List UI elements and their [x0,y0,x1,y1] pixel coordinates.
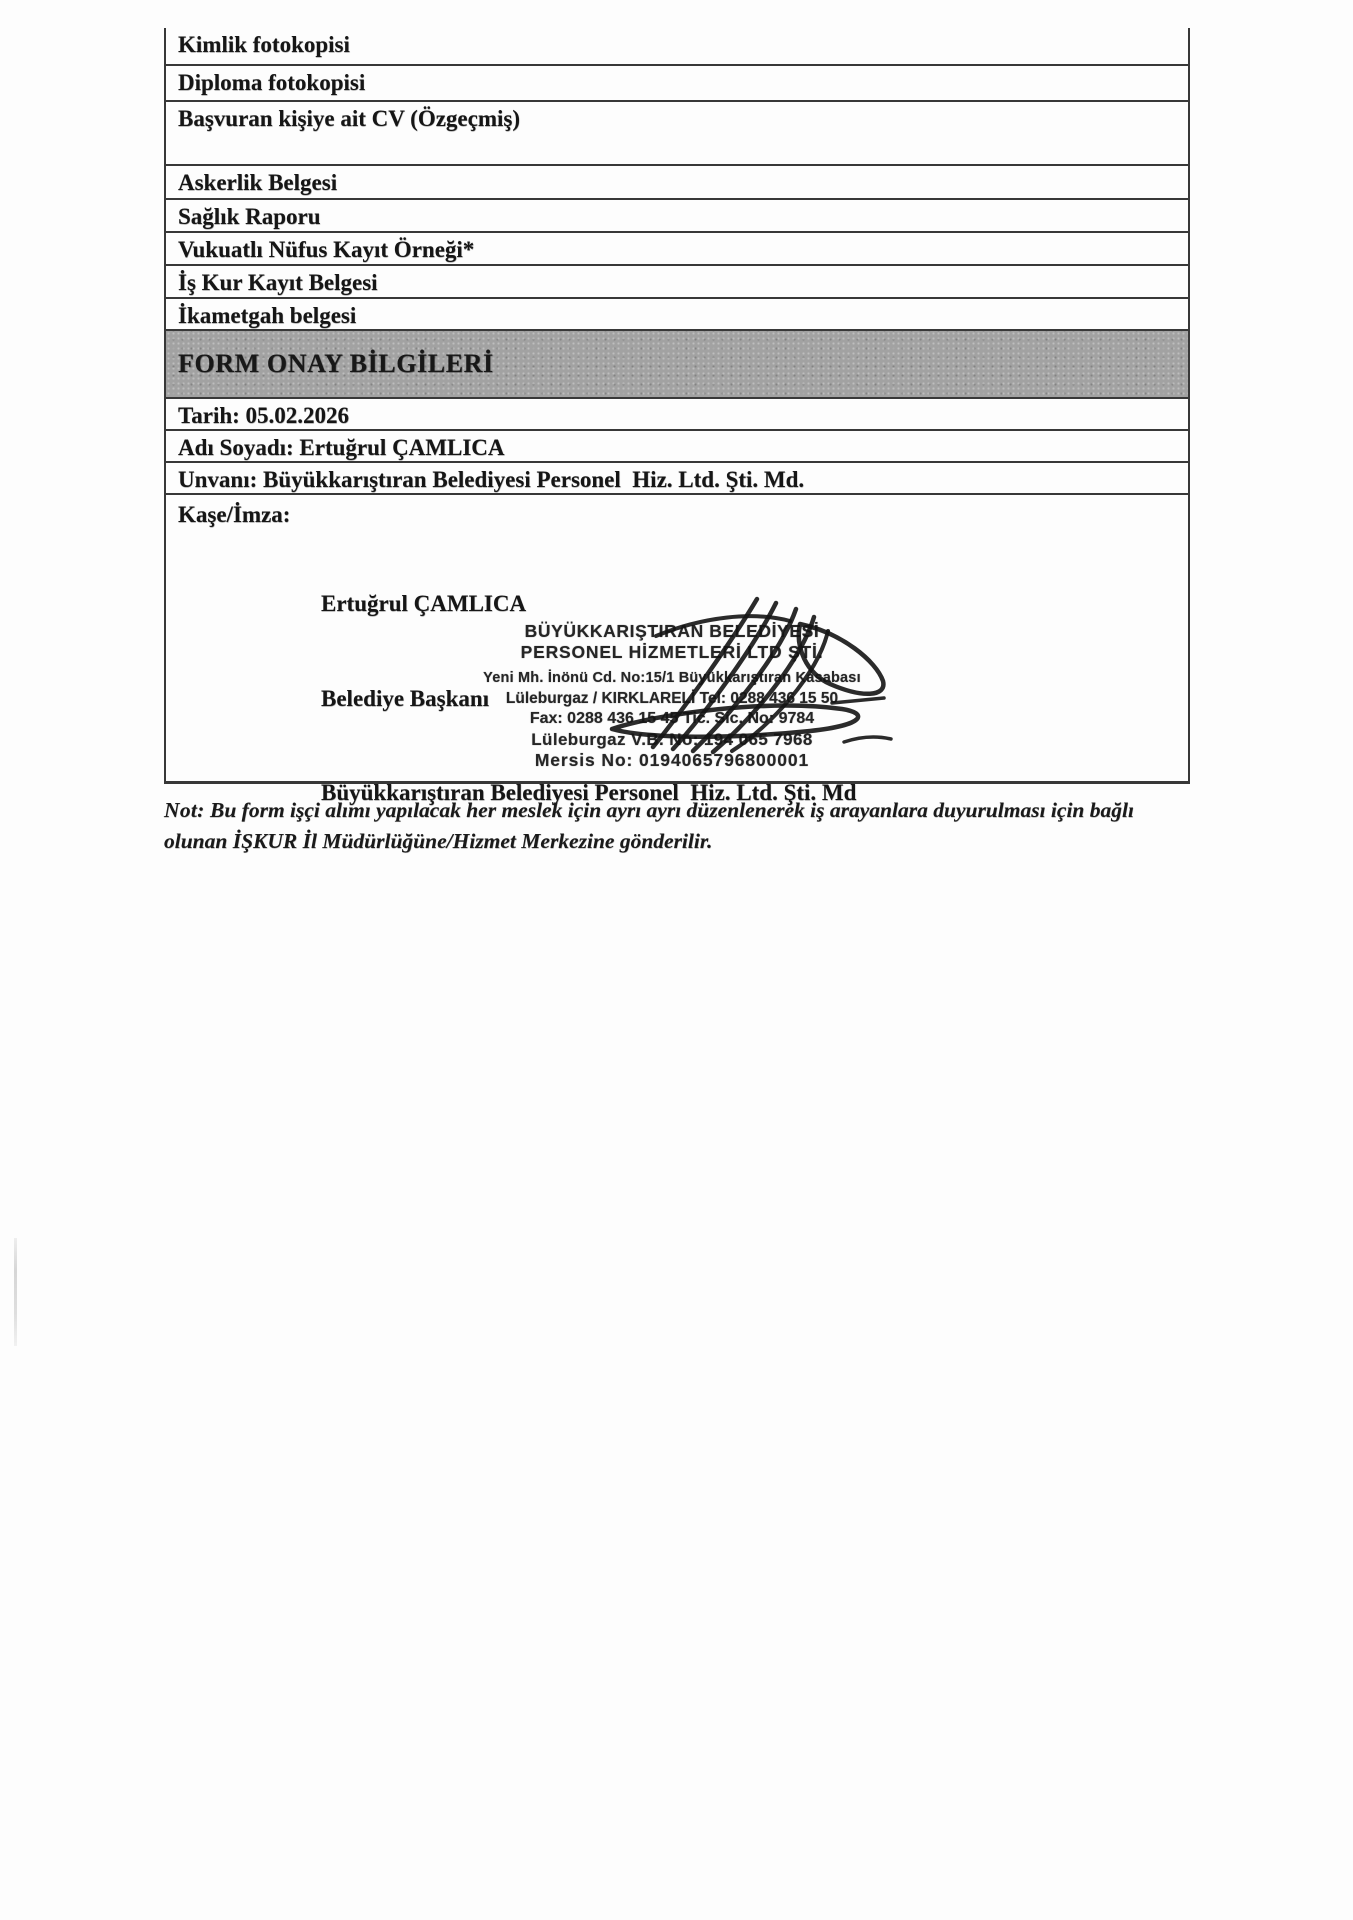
approval-row-text: Tarih: 05.02.2026 [178,403,349,428]
approval-row-title: Unvanı: Büyükkarıştıran Belediyesi Perso… [166,463,1188,495]
stamp-signature-cell: Kaşe/İmza: Ertuğrul ÇAMLICA Belediye Baş… [166,495,1188,784]
section-header-title: FORM ONAY BİLGİLERİ [178,349,494,379]
approval-row-name: Adı Soyadı: Ertuğrul ÇAMLICA [166,431,1188,463]
checklist-row-label: Diploma fotokopisi [178,70,365,95]
checklist-row: Diploma fotokopisi [166,66,1188,102]
checklist-row-label: Sağlık Raporu [178,204,321,229]
scanned-form-page: Kimlik fotokopisi Diploma fotokopisi Baş… [0,0,1353,1920]
document-table: Kimlik fotokopisi Diploma fotokopisi Baş… [164,28,1190,784]
section-header-band: FORM ONAY BİLGİLERİ [166,331,1188,399]
checklist-row: Başvuran kişiye ait CV (Özgeçmiş) [166,102,1188,166]
checklist-row: Kimlik fotokopisi [166,28,1188,66]
checklist-row: Askerlik Belgesi [166,166,1188,200]
checklist-row-label: İkametgah belgesi [178,303,356,328]
checklist-row-label: Kimlik fotokopisi [178,32,350,57]
footer-note-prefix: Not: [164,798,205,822]
footer-note-body: Bu form işçi alımı yapılacak her meslek … [164,798,1134,853]
signature-scribble-icon [470,579,906,785]
checklist-row: İkametgah belgesi [166,299,1188,331]
checklist-row: İş Kur Kayıt Belgesi [166,266,1188,299]
checklist-row-label: İş Kur Kayıt Belgesi [178,270,378,295]
checklist-row-label: Vukuatlı Nüfus Kayıt Örneği* [178,237,474,262]
approval-row-text: Unvanı: Büyükkarıştıran Belediyesi Perso… [178,467,804,492]
footer-note: Not: Bu form işçi alımı yapılacak her me… [164,795,1200,857]
checklist-row: Vukuatlı Nüfus Kayıt Örneği* [166,233,1188,266]
checklist-row-label: Başvuran kişiye ait CV (Özgeçmiş) [178,106,520,131]
checklist-row: Sağlık Raporu [166,200,1188,233]
checklist-row-label: Askerlik Belgesi [178,170,337,195]
approval-row-text: Adı Soyadı: Ertuğrul ÇAMLICA [178,435,505,460]
approval-row-date: Tarih: 05.02.2026 [166,399,1188,431]
scanner-edge-artifact [14,1238,17,1346]
stamp-signature-label: Kaşe/İmza: [178,502,290,528]
